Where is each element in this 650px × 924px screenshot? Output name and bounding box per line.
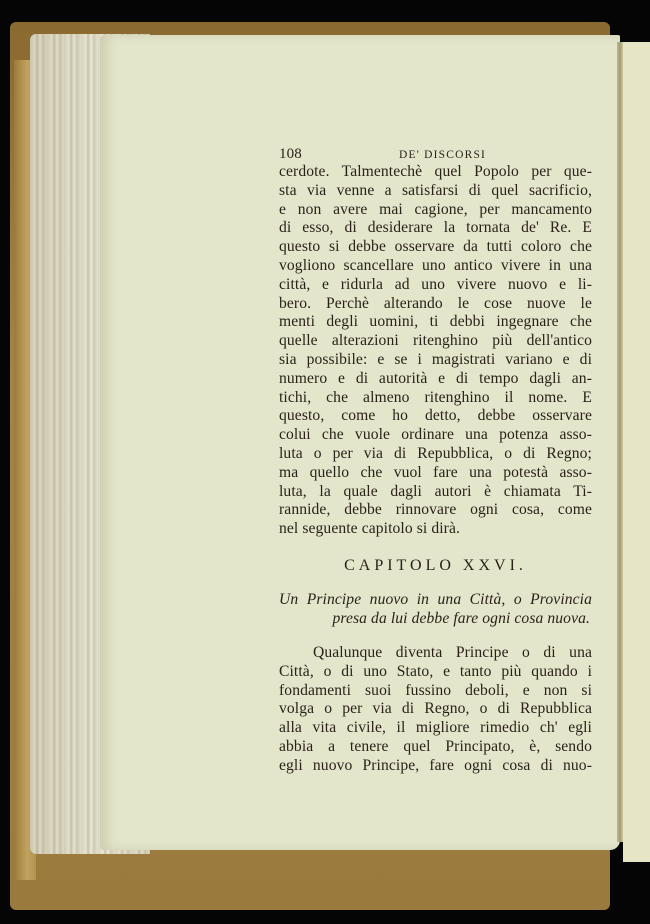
page-header: 108 DE' DISCORSI [279, 145, 592, 163]
facing-page [623, 42, 650, 862]
text-line: abbia a tenere quel Principato, è, sendo [279, 738, 592, 757]
chapter-subtitle: Un Principe nuovo in una Città, o Provin… [279, 590, 592, 628]
text-line: città, e ridurla ad uno vivere nuovo e l… [279, 276, 592, 295]
text-line: ma quello che vuol fare una potestà asso… [279, 464, 592, 483]
text-line: egli nuovo Principe, fare ogni cosa di n… [279, 757, 592, 776]
paragraph-chapter-start: Qualunque diventa Principe o di una Citt… [279, 644, 592, 776]
text-line: questo, come ho detto, debbe osservare [279, 407, 592, 426]
text-line: bero. Perchè alterando le cose nuove le [279, 295, 592, 314]
text-line: sta via venne a satisfarsi di quel sacri… [279, 182, 592, 201]
subtitle-line: presa da lui debbe fare ogni cosa nuova. [279, 609, 592, 628]
text-line: colui che vuole ordinare una potenza ass… [279, 426, 592, 445]
text-line: rannide, debbe rinnovare ogni cosa, come [279, 501, 592, 520]
text-line: Città, o di uno Stato, e tanto più quand… [279, 663, 592, 682]
text-line: menti degli uomini, ti debbi ingegnare c… [279, 313, 592, 332]
text-line: fondamenti suoi fussino deboli, e non si [279, 682, 592, 701]
text-line: tichi, che almeno ritenghino il nome. E [279, 389, 592, 408]
text-line: di esso, di desiderare la tornata de' Re… [279, 219, 592, 238]
text-line: quelle alterazioni ritenghino più dell'a… [279, 332, 592, 351]
text-line: Qualunque diventa Principe o di una [279, 644, 592, 663]
running-head: DE' DISCORSI [399, 146, 486, 164]
text-line: questo si debbe osservare da tutti color… [279, 238, 592, 257]
text-line: nel seguente capitolo si dirà. [279, 520, 592, 539]
chapter-title: CAPITOLO XXVI. [279, 555, 592, 577]
text-line: luta, la quale dagli autori è chiamata T… [279, 483, 592, 502]
paragraph-continued: cerdote. Talmentechè quel Popolo per que… [279, 163, 592, 539]
text-line: cerdote. Talmentechè quel Popolo per que… [279, 163, 592, 182]
page-number: 108 [279, 145, 399, 163]
text-line: e non avere mai cagione, per mancamento [279, 201, 592, 220]
page-text-block: 108 DE' DISCORSI cerdote. Talmentechè qu… [279, 145, 592, 776]
text-line: sia possibile: e se i magistrati variano… [279, 351, 592, 370]
text-line: luta o per via di Repubblica, o di Regno… [279, 445, 592, 464]
text-line: numero e di autorità e di tempo dagli an… [279, 370, 592, 389]
text-line: vogliono scancellare uno antico vivere i… [279, 257, 592, 276]
text-line: volga o per via di Regno, o di Repubblic… [279, 700, 592, 719]
text-line: alla vita civile, il migliore rimedio ch… [279, 719, 592, 738]
subtitle-line: Un Principe nuovo in una Città, o Provin… [279, 590, 592, 609]
